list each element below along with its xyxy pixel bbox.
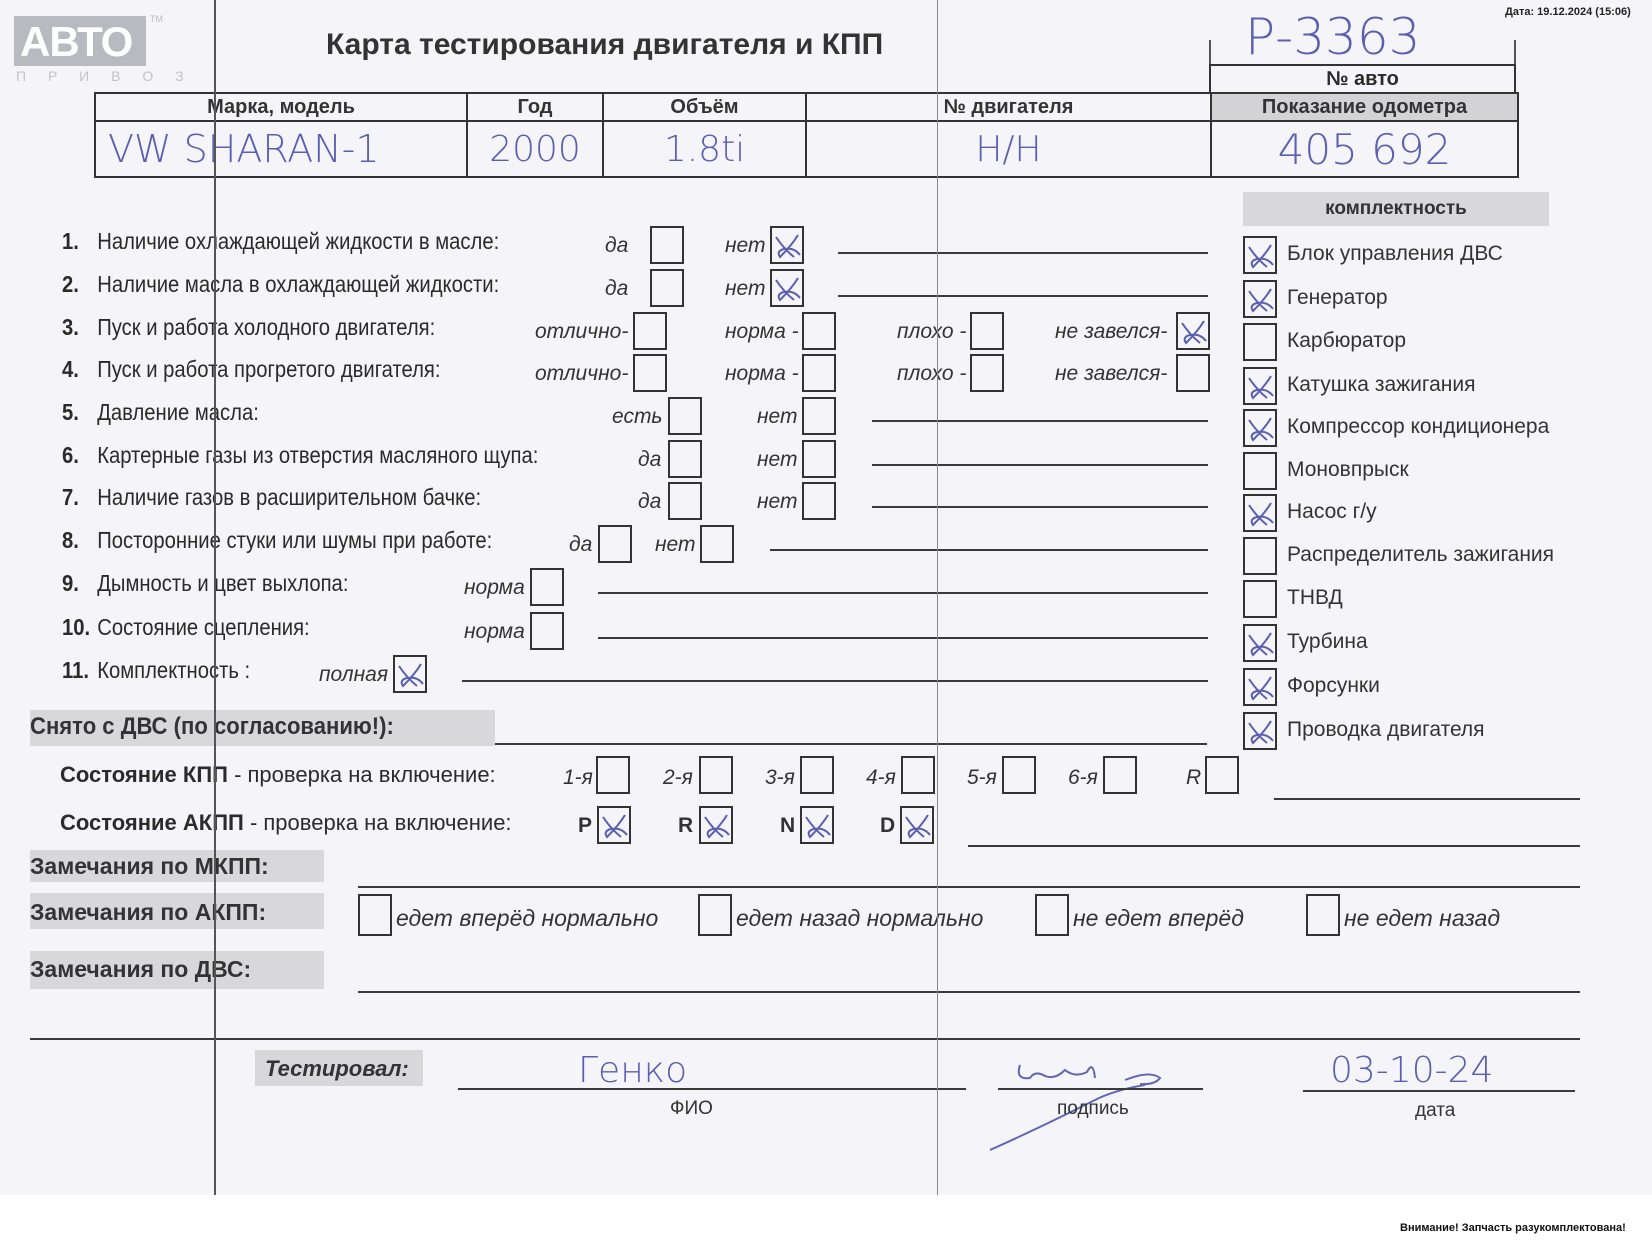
- check-mark-icon: [1180, 317, 1208, 347]
- vehicle-info-table: Марка, модель Год Объём № двигателя Пока…: [94, 92, 1519, 178]
- option-label: норма -: [725, 320, 799, 344]
- kit-checkbox[interactable]: [1243, 452, 1277, 490]
- signature-line[interactable]: [998, 1088, 1203, 1090]
- question-6-checkbox-2[interactable]: [802, 440, 836, 478]
- col-year: Год: [467, 93, 603, 121]
- kit-item-label: Блок управления ДВС: [1287, 242, 1503, 266]
- question-text: Наличие охлаждающей жидкости в масле:: [97, 228, 499, 254]
- check-mark-icon: [904, 811, 932, 841]
- option-label: нет: [655, 533, 696, 557]
- kit-item-label: Турбина: [1287, 630, 1368, 654]
- question-text: Картерные газы из отверстия масляного щу…: [97, 442, 538, 468]
- car-number-header: № авто: [1209, 64, 1516, 94]
- auto-gear-checkbox[interactable]: [699, 806, 733, 844]
- tester-name-value: Генко: [578, 1050, 687, 1091]
- logo-tm: TM: [150, 14, 163, 24]
- question-5: 5.Давление масла:: [62, 399, 259, 426]
- logo-brand: АВТО: [20, 18, 132, 66]
- check-mark-icon: [1247, 499, 1275, 529]
- question-4-checkbox-4[interactable]: [1176, 354, 1210, 392]
- manual-gear-checkbox[interactable]: [1002, 756, 1036, 794]
- gear-label: 3-я: [765, 766, 795, 790]
- stamp-date: Дата: 19.12.2024 (15:06): [1505, 6, 1631, 18]
- akpp-remark-checkbox[interactable]: [1035, 894, 1069, 936]
- value-make-model[interactable]: VW SHARAN-1: [95, 121, 467, 177]
- kit-checkbox[interactable]: [1243, 236, 1277, 274]
- option-label: да: [605, 277, 628, 301]
- question-text: Давление масла:: [97, 399, 259, 425]
- question-text: Пуск и работа холодного двигателя:: [97, 314, 435, 340]
- car-number-value: Р-3363: [1245, 8, 1420, 66]
- auto-gear-checkbox[interactable]: [800, 806, 834, 844]
- signature-caption: подпись: [1057, 1098, 1129, 1120]
- check-mark-icon: [397, 660, 425, 690]
- kit-checkbox[interactable]: [1243, 537, 1277, 575]
- check-mark-icon: [1247, 414, 1275, 444]
- check-mark-icon: [1247, 717, 1275, 747]
- question-3-checkbox-3[interactable]: [970, 312, 1004, 350]
- kit-item-label: Моновпрыск: [1287, 458, 1409, 482]
- question-number: 1.: [62, 228, 88, 255]
- logo-subtitle: П Р И В О З: [16, 68, 193, 84]
- col-volume: Объём: [603, 93, 806, 121]
- question-number: 11.: [62, 657, 88, 684]
- kit-item-label: Насос г/у: [1287, 500, 1377, 524]
- option-label: плохо -: [897, 320, 966, 344]
- option-label: отлично-: [535, 320, 628, 344]
- question-number: 8.: [62, 527, 88, 554]
- kit-checkbox[interactable]: [1243, 494, 1277, 532]
- akpp-remark-label: едет назад нормально: [736, 905, 983, 932]
- manual-gearbox-line[interactable]: [1274, 798, 1580, 800]
- manual-gearbox-label: Состояние КПП - проверка на включение:: [60, 762, 496, 788]
- gear-label: 6-я: [1068, 766, 1098, 790]
- value-odometer[interactable]: 405 692: [1211, 121, 1518, 177]
- option-label: нет: [725, 234, 766, 258]
- kit-item-label: Проводка двигателя: [1287, 718, 1485, 742]
- question-4-checkbox-3[interactable]: [970, 354, 1004, 392]
- question-text: Посторонние стуки или шумы при работе:: [97, 527, 492, 553]
- manual-gear-checkbox[interactable]: [596, 756, 630, 794]
- question-text: Наличие газов в расширительном бачке:: [97, 484, 481, 510]
- option-label: да: [638, 448, 661, 472]
- remarks-dvs-label: Замечания по ДВС:: [30, 956, 251, 983]
- gear-label: 1-я: [563, 766, 593, 790]
- question-number: 7.: [62, 484, 88, 511]
- akpp-remark-checkbox[interactable]: [1306, 894, 1340, 936]
- question-2-checkbox-1[interactable]: [650, 269, 684, 307]
- question-number: 5.: [62, 399, 88, 426]
- question-8: 8.Посторонние стуки или шумы при работе:: [62, 527, 492, 554]
- check-mark-icon: [774, 231, 802, 261]
- question-8-comment-line[interactable]: [770, 549, 1208, 551]
- auto-gearbox-line[interactable]: [968, 845, 1580, 847]
- akpp-remark-label: не едет назад: [1344, 905, 1500, 932]
- question-5-comment-line[interactable]: [872, 420, 1208, 422]
- tester-name-line[interactable]: [458, 1088, 966, 1090]
- akpp-remark-checkbox[interactable]: [358, 894, 392, 936]
- kit-checkbox[interactable]: [1243, 409, 1277, 447]
- fold-line-center: [937, 0, 938, 1195]
- option-label: нет: [757, 448, 798, 472]
- question-4-checkbox-1[interactable]: [633, 354, 667, 392]
- question-3-checkbox-1[interactable]: [633, 312, 667, 350]
- question-number: 2.: [62, 271, 88, 298]
- question-2: 2.Наличие масла в охлаждающей жидкости:: [62, 271, 499, 298]
- question-text: Дымность и цвет выхлопа:: [97, 570, 348, 596]
- akpp-remark-label: едет вперёд нормально: [396, 905, 658, 932]
- question-10-checkbox-1[interactable]: [530, 612, 564, 650]
- manual-gear-checkbox[interactable]: [1103, 756, 1137, 794]
- option-label: отлично-: [535, 362, 628, 386]
- option-label: есть: [612, 405, 662, 429]
- akpp-remark-label: не едет вперёд: [1073, 905, 1244, 932]
- page-title: Карта тестирования двигателя и КПП: [326, 28, 883, 62]
- question-text: Комплектность :: [97, 657, 250, 683]
- question-3: 3.Пуск и работа холодного двигателя:: [62, 314, 435, 341]
- tester-name-caption: ФИО: [670, 1098, 713, 1120]
- question-7-checkbox-2[interactable]: [802, 482, 836, 520]
- question-5-checkbox-2[interactable]: [802, 397, 836, 435]
- kit-item-label: Компрессор кондиционера: [1287, 415, 1549, 439]
- option-label: не завелся-: [1055, 362, 1167, 386]
- gear-label: 2-я: [663, 766, 693, 790]
- kit-checkbox[interactable]: [1243, 323, 1277, 361]
- check-mark-icon: [1247, 372, 1275, 402]
- question-11-comment-line[interactable]: [462, 680, 1208, 682]
- kit-checkbox[interactable]: [1243, 624, 1277, 662]
- question-4-checkbox-2[interactable]: [802, 354, 836, 392]
- check-mark-icon: [1247, 285, 1275, 315]
- manual-gear-checkbox[interactable]: [699, 756, 733, 794]
- question-8-checkbox-1[interactable]: [598, 525, 632, 563]
- option-label: полная: [319, 663, 388, 687]
- option-label: плохо -: [897, 362, 966, 386]
- question-4: 4.Пуск и работа прогретого двигателя:: [62, 356, 440, 383]
- question-text: Состояние сцепления:: [97, 614, 309, 640]
- auto-gearbox-label: Состояние АКПП - проверка на включение:: [60, 810, 512, 836]
- auto-gear-checkbox[interactable]: [597, 806, 631, 844]
- remarks-mkpp-line[interactable]: [358, 886, 1580, 888]
- manual-gear-checkbox[interactable]: [800, 756, 834, 794]
- fold-line-left: [214, 0, 216, 1195]
- removed-label: Снято с ДВС (по согласованию!):: [30, 713, 394, 741]
- value-engine-number[interactable]: Н/Н: [806, 121, 1211, 177]
- question-7-checkbox-1[interactable]: [668, 482, 702, 520]
- test-date-caption: дата: [1415, 1100, 1455, 1122]
- question-7: 7.Наличие газов в расширительном бачке:: [62, 484, 481, 511]
- check-mark-icon: [601, 811, 629, 841]
- option-label: не завелся-: [1055, 320, 1167, 344]
- kit-item-label: ТНВД: [1287, 586, 1343, 610]
- kit-checkbox[interactable]: [1243, 367, 1277, 405]
- question-6-comment-line[interactable]: [872, 464, 1208, 466]
- col-engine-number: № двигателя: [806, 93, 1211, 121]
- question-text: Пуск и работа прогретого двигателя:: [97, 356, 440, 382]
- question-7-comment-line[interactable]: [872, 506, 1208, 508]
- remarks-dvs-line-2[interactable]: [30, 1038, 1580, 1040]
- car-number-label: № авто: [1326, 68, 1399, 90]
- tested-by-label: Тестировал:: [265, 1056, 409, 1082]
- gear-label: R: [1186, 766, 1201, 790]
- kit-item-label: Генератор: [1287, 286, 1388, 310]
- col-odometer: Показание одометра: [1211, 93, 1518, 121]
- test-date-line[interactable]: [1303, 1090, 1575, 1092]
- remarks-dvs-line[interactable]: [358, 991, 1580, 993]
- kit-item-label: Катушка зажигания: [1287, 373, 1475, 397]
- akpp-remark-checkbox[interactable]: [698, 894, 732, 936]
- gear-label: 4-я: [866, 766, 896, 790]
- question-1-checkbox-1[interactable]: [650, 226, 684, 264]
- question-1-comment-line[interactable]: [838, 252, 1208, 254]
- check-mark-icon: [703, 811, 731, 841]
- question-9-comment-line[interactable]: [598, 592, 1208, 594]
- question-6-checkbox-1[interactable]: [668, 440, 702, 478]
- manual-gear-checkbox[interactable]: [901, 756, 935, 794]
- question-text: Наличие масла в охлаждающей жидкости:: [97, 271, 499, 297]
- kit-item-label: Карбюратор: [1287, 329, 1406, 353]
- kit-title: комплектность: [1325, 198, 1467, 219]
- question-5-checkbox-1[interactable]: [668, 397, 702, 435]
- removed-input-line[interactable]: [495, 743, 1207, 745]
- question-2-checkbox-2[interactable]: [770, 269, 804, 307]
- gear-label: N: [780, 814, 795, 838]
- kit-item-label: Форсунки: [1287, 674, 1380, 698]
- option-label: норма -: [725, 362, 799, 386]
- question-9-checkbox-1[interactable]: [530, 568, 564, 606]
- question-11: 11.Комплектность :: [62, 657, 250, 684]
- question-2-comment-line[interactable]: [838, 295, 1208, 297]
- test-date-value: 03-10-24: [1330, 1050, 1493, 1091]
- remarks-mkpp-label: Замечания по МКПП:: [30, 853, 269, 880]
- question-11-checkbox-1[interactable]: [393, 655, 427, 693]
- value-year[interactable]: 2000: [467, 121, 603, 177]
- kit-item-label: Распределитель зажигания: [1287, 543, 1554, 567]
- logo: АВТО: [14, 16, 146, 66]
- car-number-border-left: [1209, 40, 1211, 64]
- check-mark-icon: [1247, 673, 1275, 703]
- question-3-checkbox-4[interactable]: [1176, 312, 1210, 350]
- check-mark-icon: [1247, 629, 1275, 659]
- gear-label: D: [880, 814, 895, 838]
- option-label: норма: [464, 576, 525, 600]
- kit-title-bar: комплектность: [1243, 192, 1549, 226]
- manual-gear-checkbox[interactable]: [1205, 756, 1239, 794]
- kit-checkbox[interactable]: [1243, 712, 1277, 750]
- gear-label: R: [678, 814, 693, 838]
- question-number: 4.: [62, 356, 88, 383]
- question-number: 6.: [62, 442, 88, 469]
- option-label: да: [569, 533, 592, 557]
- gear-label: 5-я: [967, 766, 997, 790]
- scanned-form: [0, 0, 1652, 1195]
- question-number: 3.: [62, 314, 88, 341]
- question-3-checkbox-2[interactable]: [802, 312, 836, 350]
- question-6: 6.Картерные газы из отверстия масляного …: [62, 442, 538, 469]
- question-1: 1.Наличие охлаждающей жидкости в масле:: [62, 228, 499, 255]
- question-number: 10.: [62, 614, 88, 641]
- option-label: норма: [464, 620, 525, 644]
- question-number: 9.: [62, 570, 88, 597]
- option-label: нет: [757, 490, 798, 514]
- kit-checkbox[interactable]: [1243, 668, 1277, 706]
- question-10: 10.Состояние сцепления:: [62, 614, 310, 641]
- option-label: да: [638, 490, 661, 514]
- check-mark-icon: [774, 274, 802, 304]
- option-label: да: [605, 234, 628, 258]
- kit-checkbox[interactable]: [1243, 580, 1277, 618]
- value-volume[interactable]: 1.8ti: [603, 121, 806, 177]
- question-1-checkbox-2[interactable]: [770, 226, 804, 264]
- col-make-model: Марка, модель: [95, 93, 467, 121]
- question-9: 9.Дымность и цвет выхлопа:: [62, 570, 348, 597]
- option-label: нет: [725, 277, 766, 301]
- option-label: нет: [757, 405, 798, 429]
- remarks-akpp-label: Замечания по АКПП:: [30, 899, 266, 926]
- auto-gear-checkbox[interactable]: [900, 806, 934, 844]
- check-mark-icon: [1247, 241, 1275, 271]
- footer-warning: Внимание! Запчасть разукомплектована!: [1400, 1222, 1626, 1234]
- kit-checkbox[interactable]: [1243, 280, 1277, 318]
- gear-label: P: [578, 814, 592, 838]
- car-number-border-right: [1514, 40, 1516, 64]
- check-mark-icon: [804, 811, 832, 841]
- question-8-checkbox-2[interactable]: [700, 525, 734, 563]
- question-10-comment-line[interactable]: [598, 637, 1208, 639]
